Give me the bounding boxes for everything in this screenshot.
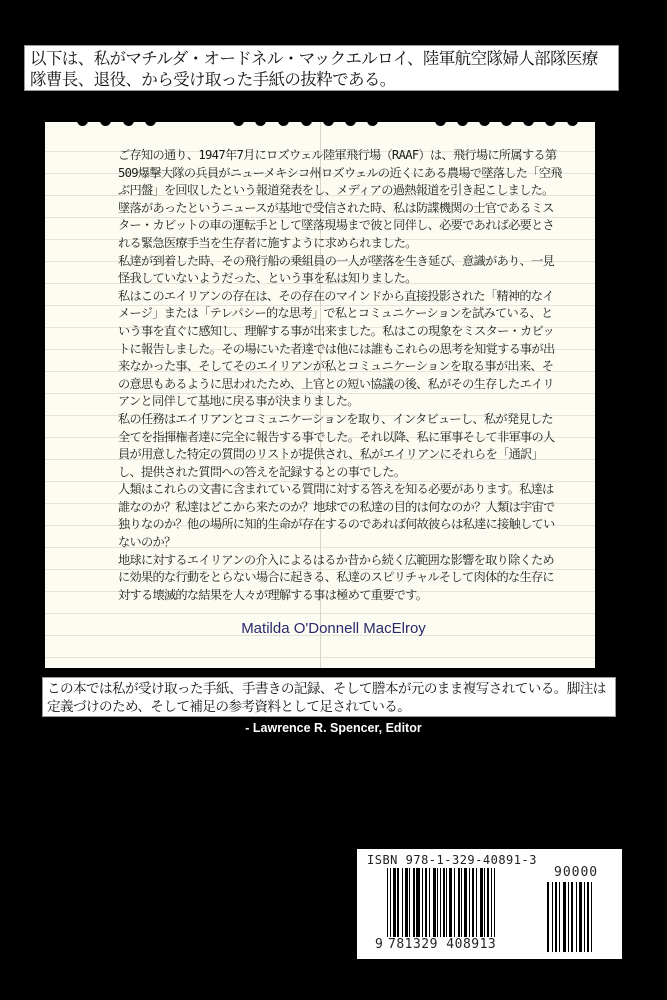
barcode-lead-digit: 9 [375,937,383,952]
price-code: 90000 [554,865,598,880]
editor-note-box: この本では私が受け取った手紙、手書きの記録、そして謄本が元のまま複写されている。… [42,677,616,717]
letter-paragraph: 地球に対するエイリアンの介入によるはるか昔から続く広範囲な影響を取り除くために効… [118,552,563,605]
letter-paragraph: 墜落があったというニュースが基地で受信された時、私は防諜機関の士官であるミスター… [118,200,563,253]
editor-note-text: この本では私が受け取った手紙、手書きの記録、そして謄本が元のまま複写されている。… [47,681,606,715]
addon-barcode-bars [547,882,617,952]
barcode-digits: 781329 408913 [387,937,497,952]
letter-signature: Matilda O'Donnell MacElroy [0,620,667,637]
isbn-label: ISBN 978-1-329-40891-3 [367,853,537,867]
intro-text-box: 以下は、私がマチルダ・オードネル・マックエルロイ、陸軍航空隊婦人部隊医療隊曹長、… [24,45,619,91]
letter-paragraph: 私はこのエイリアンの存在は、その存在のマインドから直接投影された「精神的なイメー… [118,288,563,411]
letter-body: ご存知の通り、1947年7月にロズウェル陸軍飛行場（RAAF）は、飛行場に所属す… [118,147,563,604]
intro-text: 以下は、私がマチルダ・オードネル・マックエルロイ、陸軍航空隊婦人部隊医療隊曹長、… [30,49,598,89]
letter-paragraph: 私の任務はエイリアンとコミュニケーションを取り、インタビューし、私が発見した全て… [118,411,563,481]
isbn-barcode: ISBN 978-1-329-40891-3 90000 9 781329 40… [357,849,622,959]
letter-paragraph: 私達が到着した時、その飛行船の乗組員の一人が墜落を生き延び、意識があり、一見怪我… [118,253,563,288]
binder-holes [45,112,595,130]
editor-credit: - Lawrence R. Spencer, Editor [0,721,667,735]
letter-paragraph: ご存知の通り、1947年7月にロズウェル陸軍飛行場（RAAF）は、飛行場に所属す… [118,147,563,200]
letter-paragraph: 人類はこれらの文書に含まれている質問に対する答えを知る必要があります。私達は誰な… [118,481,563,551]
barcode-bars [387,868,537,946]
